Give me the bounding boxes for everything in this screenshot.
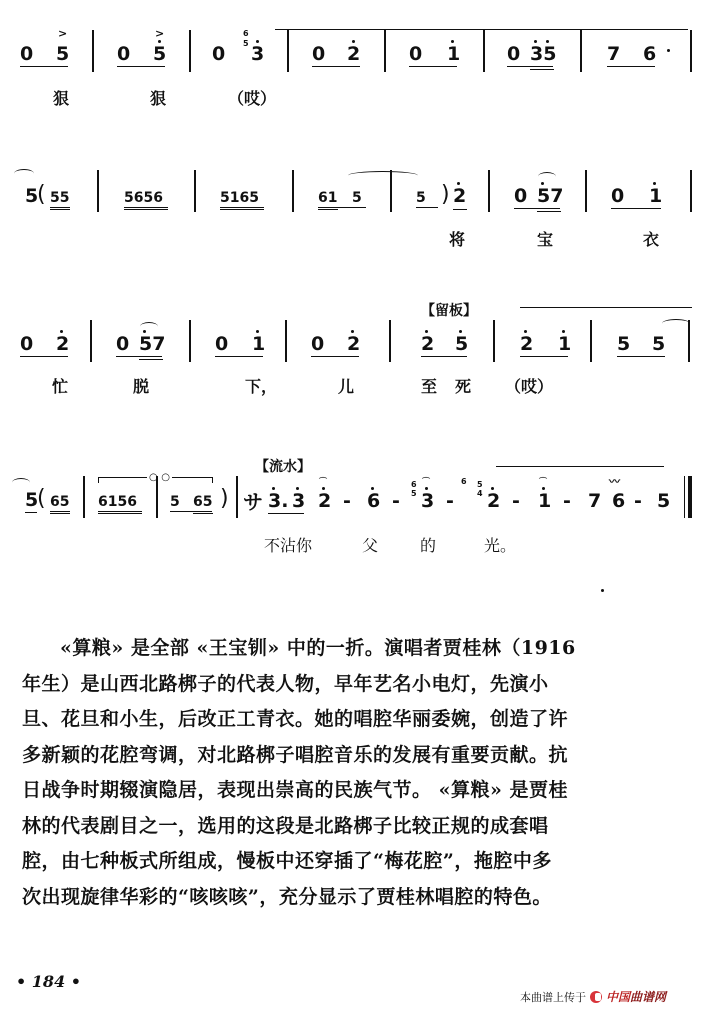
lyric: 的 [420, 538, 436, 554]
underline [139, 359, 163, 360]
underline [311, 356, 359, 357]
section-label: 【流水】 [255, 460, 311, 474]
lyric: 至 [421, 379, 437, 395]
dash: - [343, 492, 351, 511]
commentary-paragraph: «算粮» 是全部 «王宝钏» 中的一折。演唱者贾桂林（1916 年生）是山西北路… [22, 631, 694, 915]
note: 5 [153, 45, 166, 64]
dash: - [634, 492, 642, 511]
barline [90, 320, 92, 362]
barline [156, 476, 158, 518]
barline [580, 30, 582, 72]
octave-dot [256, 330, 259, 333]
lyric: 脱 [133, 379, 149, 395]
phrase-line [275, 29, 688, 30]
octave-dot [541, 182, 544, 185]
note: 6156 [98, 495, 137, 509]
note: 0 [116, 335, 129, 354]
note: 5 [652, 335, 665, 354]
note: 1 [538, 492, 551, 511]
underline [416, 207, 438, 208]
underline [530, 69, 554, 70]
score-system-2: 5 ( 55 5656 5165 61 5 5 ) 2 0 57 0 1 将 宝… [0, 150, 710, 260]
note: 5 [170, 495, 180, 509]
grace-note: 4 [477, 490, 483, 498]
lyric: 下， [245, 379, 277, 395]
note: 6 [643, 45, 656, 64]
lyric: 狠 [53, 91, 69, 107]
underline [520, 356, 568, 357]
note: 55 [50, 191, 69, 205]
final-barline-thick [688, 476, 692, 518]
underline [514, 208, 560, 209]
parenthesis: ) [220, 488, 229, 510]
note: 1 [252, 335, 265, 354]
note: 2 [318, 492, 331, 511]
note: 2 [487, 492, 500, 511]
note: 2 [453, 187, 466, 206]
barline [83, 476, 85, 518]
note: 61 [318, 191, 337, 205]
barline [292, 170, 294, 212]
barline [690, 170, 692, 212]
note: 5 [657, 492, 670, 511]
underline [50, 513, 70, 514]
underline [117, 66, 165, 67]
barline [97, 170, 99, 212]
repeat-bracket-end [212, 477, 213, 483]
accent-mark: > [155, 28, 164, 39]
lyric: 不沾你 [264, 538, 312, 554]
octave-dot [425, 330, 428, 333]
octave-dot [534, 40, 537, 43]
note: 2 [347, 335, 360, 354]
dash: - [392, 492, 400, 511]
free-meter-sign: サ [243, 492, 263, 512]
watermark-prefix: 本曲谱上传于 [520, 989, 586, 1005]
barline [287, 30, 289, 72]
note: 0 [117, 45, 130, 64]
note: 65 [50, 495, 69, 509]
lyric: （哎） [228, 91, 276, 107]
octave-dot [491, 487, 494, 490]
note: 5 [416, 191, 426, 205]
barline [92, 30, 94, 72]
barline [488, 170, 490, 212]
octave-dot [562, 330, 565, 333]
underline [20, 356, 68, 357]
trill-mark: 〰 [609, 476, 620, 487]
fermata: ⌒ [319, 478, 327, 486]
underline [20, 66, 68, 67]
note: 0 [215, 335, 228, 354]
note: 3 [251, 45, 264, 64]
lyric: 父 [362, 538, 378, 554]
note: 6 [367, 492, 380, 511]
fermata: ⌒ [539, 478, 547, 486]
octave-dot [256, 40, 259, 43]
note: 5 [455, 335, 468, 354]
underline [116, 356, 162, 357]
underline [537, 211, 561, 212]
note: 1 [649, 187, 662, 206]
underline [215, 356, 263, 357]
tie [12, 478, 30, 487]
octave-dot [158, 40, 161, 43]
underline [193, 513, 213, 514]
underline [98, 513, 142, 514]
underline [220, 209, 264, 210]
underline [607, 66, 655, 67]
tie [348, 171, 418, 180]
underline [50, 207, 70, 208]
page-number: • 184 • [16, 972, 81, 991]
underline [170, 511, 212, 512]
note: 0 [212, 45, 225, 64]
lyric: 狠 [150, 91, 166, 107]
octave-dot [457, 182, 460, 185]
note: 0 [409, 45, 422, 64]
barline [285, 320, 287, 362]
octave-dot [322, 487, 325, 490]
dash: - [563, 492, 571, 511]
grace-note: 5 [477, 481, 483, 489]
underline [312, 66, 360, 67]
octave-dot [371, 487, 374, 490]
underline [50, 209, 70, 210]
note: 35 [530, 45, 556, 64]
note: 7 [607, 45, 620, 64]
note: 2 [520, 335, 533, 354]
watermark-brand[interactable]: 中国曲谱网 [606, 988, 666, 1005]
note: 57 [139, 335, 165, 354]
octave-dot [459, 330, 462, 333]
para-line: «算粮» 是全部 «王宝钏» 中的一折。演唱者贾桂林（1916 [22, 631, 694, 667]
underline [268, 513, 304, 514]
note: 0 [312, 45, 325, 64]
octave-dot [351, 330, 354, 333]
note: 7 [588, 492, 601, 511]
lyric: 光。 [484, 538, 516, 554]
barline [690, 30, 692, 72]
note: 0 [507, 45, 520, 64]
note: 1 [558, 335, 571, 354]
note: 0 [20, 335, 33, 354]
lyric: 将 [449, 232, 465, 248]
tie [14, 169, 34, 178]
accent-mark: > [58, 28, 67, 39]
tie [538, 172, 556, 181]
parenthesis: ( [37, 488, 46, 510]
underline [409, 66, 457, 67]
barline [236, 476, 238, 518]
lyric: 宝 [537, 232, 553, 248]
note: 1 [447, 45, 460, 64]
dot-mark [667, 49, 670, 52]
underline [318, 207, 366, 208]
parenthesis: ) [441, 184, 450, 206]
note: 65 [193, 495, 212, 509]
note: 3 [292, 492, 305, 511]
note: 2 [347, 45, 360, 64]
score-system-1: 0 5 > 0 5 > 0 6 5 3 0 2 0 1 0 35 7 6 狠 狠… [0, 0, 710, 130]
barline [384, 30, 386, 72]
brand-part-a: 中国 [606, 990, 630, 1004]
grace-note: 6 [461, 478, 467, 486]
lyric: 忙 [52, 379, 68, 395]
para-line: 旦、花旦和小生，后改正工青衣。她的唱腔华丽委婉，创造了许 [22, 702, 694, 738]
note: 5 [56, 45, 69, 64]
note: 5656 [124, 191, 163, 205]
note: 5165 [220, 191, 259, 205]
underline [124, 207, 168, 208]
parenthesis: ( [37, 184, 46, 206]
note: 5 [617, 335, 630, 354]
para-line: 年生）是山西北路梆子的代表人物，早年艺名小电灯，先演小 [22, 667, 694, 703]
para-line: 次出现旋律华彩的“咳咳咳”，充分显示了贾桂林唱腔的特色。 [22, 880, 694, 916]
barline [493, 320, 495, 362]
score-system-3: 【留板】 0 2 0 57 0 1 0 2 2 5 2 1 5 5 忙 脱 下，… [0, 290, 710, 400]
octave-dot [296, 487, 299, 490]
octave-dot [352, 40, 355, 43]
para-line: 林的代表剧目之一，选用的这段是北路梆子比较正规的成套唱 [22, 809, 694, 845]
underline [220, 207, 264, 208]
underline [98, 511, 142, 512]
underline [611, 208, 661, 209]
note: 0 [311, 335, 324, 354]
watermark: 本曲谱上传于 中国曲谱网 [520, 988, 666, 1005]
barline [189, 30, 191, 72]
para-line: 多新颖的花腔弯调，对北路梆子唱腔音乐的发展有重要贡献。抗 [22, 738, 694, 774]
underline [318, 209, 338, 210]
phrase-line [496, 466, 664, 467]
barline [189, 320, 191, 362]
stray-mark [601, 589, 604, 592]
brand-part-b: 曲谱网 [630, 990, 666, 1004]
fermata: ⌒ [422, 478, 430, 486]
octave-dot [425, 487, 428, 490]
barline [390, 170, 392, 212]
phrase-line [520, 307, 692, 308]
underline [50, 511, 70, 512]
lyric: 儿 [338, 379, 354, 395]
note: 2 [421, 335, 434, 354]
score-system-4: 【流水】 5 ( 65 ○ ○ 6156 5 65 ) サ 3. 3 2 ⌒ -… [0, 440, 710, 570]
note: 3 [421, 492, 434, 511]
octave-dot [653, 182, 656, 185]
underline [453, 209, 467, 210]
note: 3. [268, 492, 288, 511]
barline [194, 170, 196, 212]
grace-note: 5 [243, 40, 249, 48]
grace-note: 6 [411, 481, 417, 489]
dash: - [446, 492, 454, 511]
barline [483, 30, 485, 72]
dash: - [512, 492, 520, 511]
site-logo-icon [590, 991, 602, 1003]
repeat-mark: ○ ○ [147, 473, 172, 483]
note: 2 [56, 335, 69, 354]
lyric: （哎） [505, 379, 553, 395]
octave-dot [272, 487, 275, 490]
octave-dot [451, 40, 454, 43]
repeat-bracket-end [98, 477, 99, 483]
note: 0 [514, 187, 527, 206]
octave-dot [542, 487, 545, 490]
final-barline-thin [684, 476, 685, 518]
tie [140, 322, 158, 331]
grace-note: 6 [243, 30, 249, 38]
note: 0 [611, 187, 624, 206]
note: 57 [537, 187, 563, 206]
barline [590, 320, 592, 362]
octave-dot [60, 330, 63, 333]
underline [25, 512, 37, 513]
underline [617, 356, 665, 357]
underline [124, 209, 168, 210]
underline [421, 356, 467, 357]
para-line: 日战争时期辍演隐居，表现出崇高的民族气节。 «算粮» 是贾桂 [22, 773, 694, 809]
lyric: 死 [455, 379, 471, 395]
tie [662, 319, 690, 328]
section-label: 【留板】 [421, 304, 477, 318]
note: 5 [352, 191, 362, 205]
note: 6 [612, 492, 625, 511]
grace-note: 5 [411, 490, 417, 498]
barline [688, 320, 690, 362]
para-line: 腔，由七种板式所组成，慢板中还穿插了“梅花腔”，拖腔中多 [22, 844, 694, 880]
note: 0 [20, 45, 33, 64]
lyric: 衣 [643, 232, 659, 248]
barline [585, 170, 587, 212]
octave-dot [546, 40, 549, 43]
octave-dot [524, 330, 527, 333]
underline [507, 66, 553, 67]
barline [389, 320, 391, 362]
